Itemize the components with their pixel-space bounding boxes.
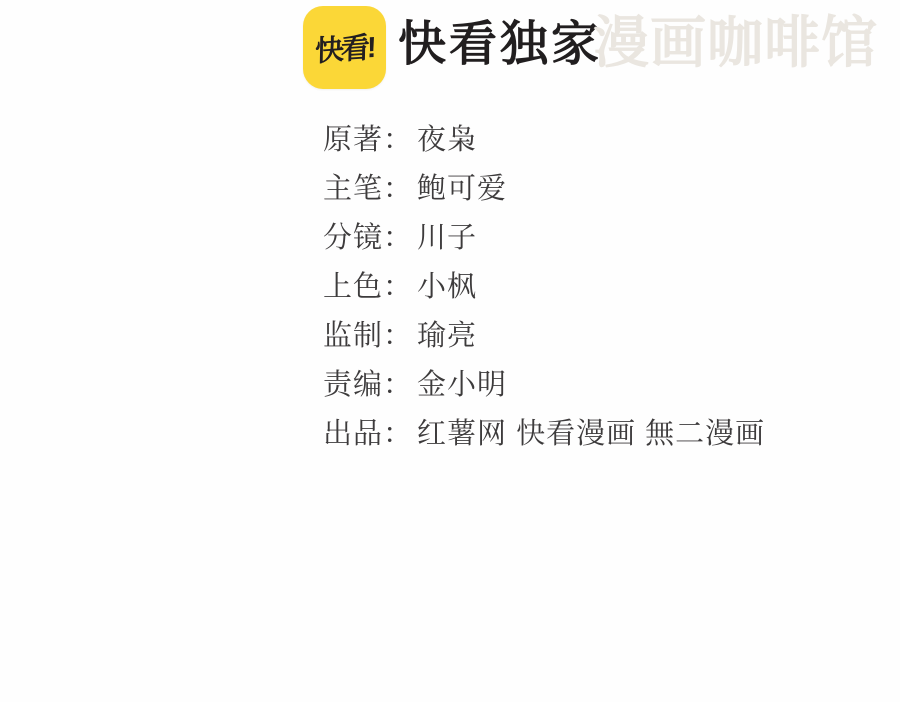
credit-row-coloring: 上色： 小枫 bbox=[323, 260, 765, 309]
credit-row-supervisor: 监制： 瑜亮 bbox=[323, 309, 765, 358]
kuaikan-logo-text: 快看! bbox=[315, 25, 374, 70]
credit-value: 川子 bbox=[417, 215, 477, 256]
credit-label: 上色： bbox=[323, 264, 413, 305]
credit-value: 瑜亮 bbox=[417, 313, 477, 354]
credit-row-production: 出品： 红薯网 快看漫画 無二漫画 bbox=[323, 407, 765, 456]
credit-value: 金小明 bbox=[417, 362, 507, 403]
series-title-watermark: 漫画咖啡馆 bbox=[593, 12, 878, 74]
credit-value: 鲍可爱 bbox=[417, 166, 507, 207]
credit-label: 责编： bbox=[323, 362, 413, 403]
kuaikan-logo-icon: 快看! bbox=[303, 6, 386, 89]
credit-row-lead-artist: 主笔： 鲍可爱 bbox=[323, 162, 765, 211]
credits-list: 原著： 夜枭 主笔： 鲍可爱 分镜： 川子 上色： 小枫 监制： 瑜亮 责编： … bbox=[323, 113, 765, 456]
credit-label: 出品： bbox=[323, 411, 413, 452]
credit-row-original-author: 原著： 夜枭 bbox=[323, 113, 765, 162]
credit-row-storyboard: 分镜： 川子 bbox=[323, 211, 765, 260]
credit-value: 红薯网 快看漫画 無二漫画 bbox=[417, 411, 765, 452]
comic-credits-page: 快看! 快看独家 漫画咖啡馆 原著： 夜枭 主笔： 鲍可爱 分镜： 川子 上色：… bbox=[0, 0, 900, 702]
credit-row-editor: 责编： 金小明 bbox=[323, 358, 765, 407]
credit-label: 监制： bbox=[323, 313, 413, 354]
credit-value: 夜枭 bbox=[417, 117, 477, 158]
credit-label: 主笔： bbox=[323, 166, 413, 207]
credit-label: 原著： bbox=[323, 117, 413, 158]
credit-value: 小枫 bbox=[417, 264, 477, 305]
credit-label: 分镜： bbox=[323, 215, 413, 256]
page-title: 快看独家 bbox=[398, 18, 602, 72]
